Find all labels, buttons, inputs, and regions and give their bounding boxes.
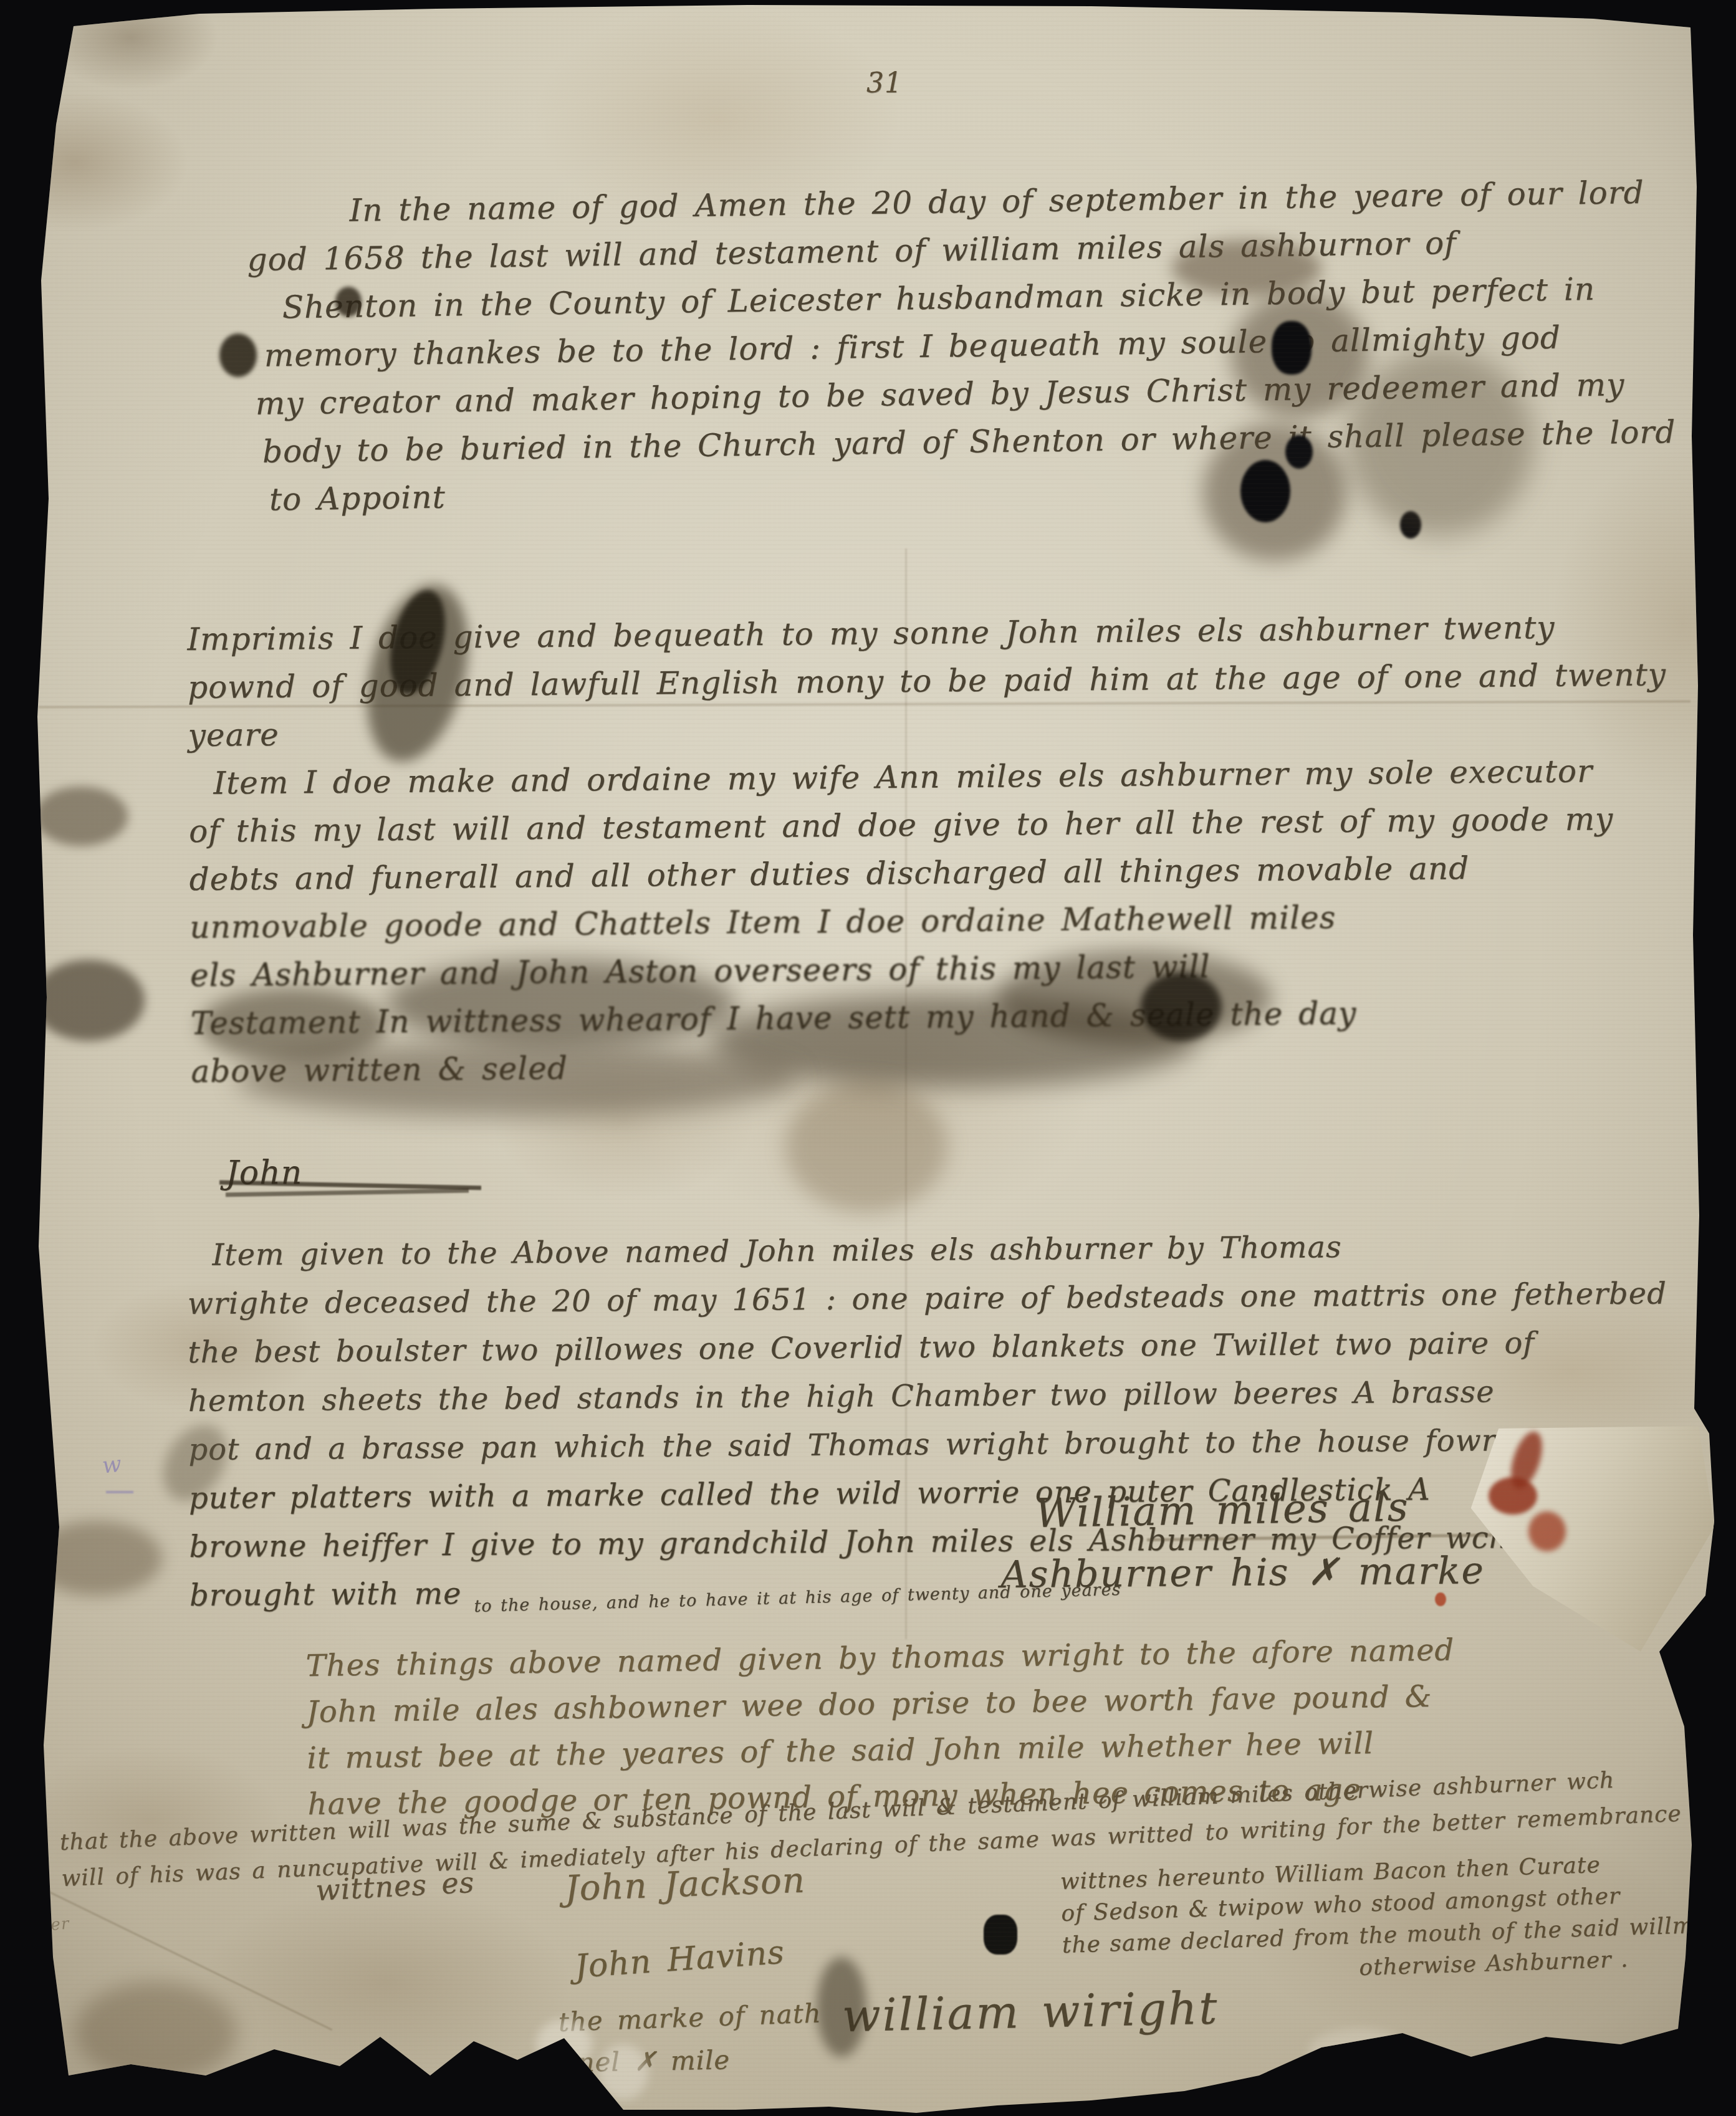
torn-edge-highlight xyxy=(536,2019,592,2069)
paper-hole xyxy=(984,1915,1017,1955)
wax-seal-fragment xyxy=(1435,1592,1446,1606)
manuscript-page: 31 In the name of god Amen the 20 day of… xyxy=(0,0,1736,2116)
ink-blot xyxy=(1141,972,1222,1041)
margin-smudge xyxy=(31,1521,162,1596)
pencil-mark-underline xyxy=(106,1491,133,1493)
margin-archive-mark: wler xyxy=(30,1915,70,1936)
stain xyxy=(75,1982,237,2082)
curate-attestation: wittnes hereunto William Bacon then Cura… xyxy=(1060,1844,1736,1993)
margin-smudge xyxy=(32,960,145,1041)
stain xyxy=(785,1081,947,1212)
witness-mark-line1: the marke of nath xyxy=(558,1998,822,2037)
testator-signature-line1: William miles als xyxy=(1035,1485,1409,1537)
pencil-mark: w xyxy=(101,1452,123,1479)
margin-smudge xyxy=(34,787,128,846)
ink-smudge xyxy=(237,1042,798,1117)
torn-edge-highlight xyxy=(598,2044,648,2100)
testator-signature-mark: Ashburner his ✗ marke xyxy=(1000,1549,1485,1597)
paper-hole xyxy=(1240,460,1290,522)
ink-smudge xyxy=(817,1957,866,2057)
ink-blot xyxy=(219,333,257,377)
ink-smudge xyxy=(1346,349,1533,536)
folio-number: 31 xyxy=(866,67,903,99)
witness-signature-wright: william wiright xyxy=(842,1981,1219,2042)
ink-blot xyxy=(335,287,362,317)
witness-signature-havins: John Havins xyxy=(573,1933,786,1985)
wax-seal-fragment xyxy=(1528,1511,1566,1551)
torn-edge-highlight xyxy=(1309,2029,1409,2072)
struck-out-name: John xyxy=(226,1154,302,1192)
ink-smudge xyxy=(1172,240,1321,296)
paper-hole xyxy=(1272,321,1312,375)
ink-smudge xyxy=(997,950,1272,1044)
paper-hole xyxy=(1285,435,1313,469)
witness-signature-jackson: John Jackson xyxy=(564,1860,806,1909)
paper-fold-flap xyxy=(1460,1418,1718,1664)
ink-smudge xyxy=(386,960,736,1047)
